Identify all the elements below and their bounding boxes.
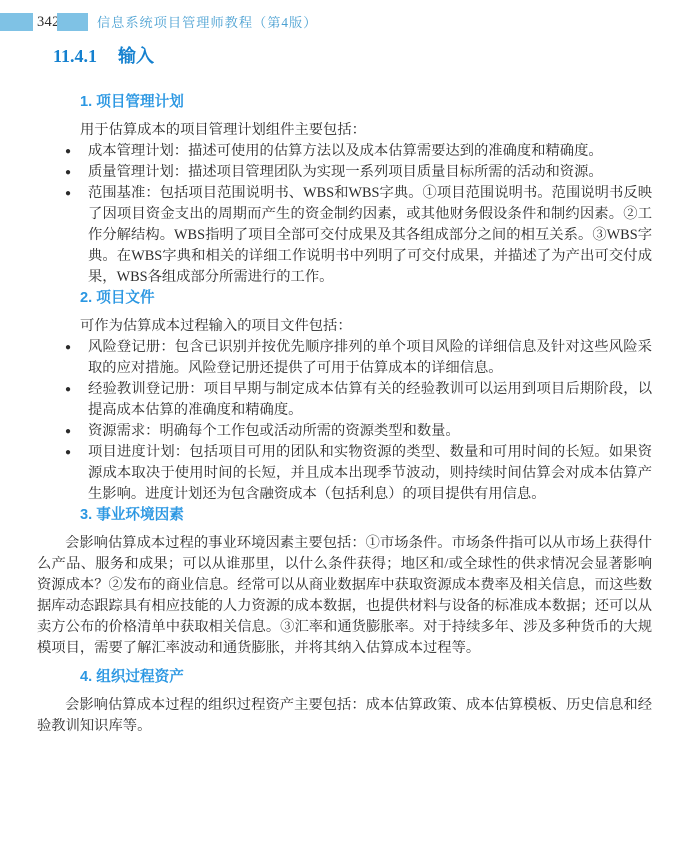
list-item: ● 成本管理计划：描述可使用的估算方法以及成本估算需要达到的准确度和精确度。 — [65, 141, 652, 162]
list-item-text: 范围基准：包括项目范围说明书、WBS和WBS字典。①项目范围说明书。范围说明书反… — [88, 183, 652, 288]
list-item-text: 经验教训登记册：项目早期与制定成本估算有关的经验教训可以运用到项目后期阶段，以提… — [88, 379, 652, 421]
section-title: 输入 — [118, 46, 154, 66]
textbook-page: 342 信息系统项目管理师教程（第4版） 11.4.1输入 1. 项目管理计划 … — [0, 0, 690, 858]
section-number: 11.4.1 — [53, 46, 97, 66]
list-item-text: 风险登记册：包含已识别并按优先顺序排列的单个项目风险的详细信息及针对这些风险采取… — [88, 337, 652, 379]
subsection-paragraph: 会影响估算成本过程的组织过程资产主要包括：成本估算政策、成本估算模板、历史信息和… — [37, 695, 652, 737]
subsection-intro: 用于估算成本的项目管理计划组件主要包括： — [80, 120, 652, 141]
bullet-icon: ● — [65, 162, 88, 183]
running-head: 342 信息系统项目管理师教程（第4版） — [0, 12, 690, 32]
header-right-square-decoration — [57, 13, 88, 31]
bullet-icon: ● — [65, 183, 88, 204]
bullet-icon: ● — [65, 421, 88, 442]
list-item: ● 风险登记册：包含已识别并按优先顺序排列的单个项目风险的详细信息及针对这些风险… — [65, 337, 652, 379]
bullet-list: ● 成本管理计划：描述可使用的估算方法以及成本估算需要达到的准确度和精确度。 ●… — [65, 141, 652, 288]
list-item: ● 经验教训登记册：项目早期与制定成本估算有关的经验教训可以运用到项目后期阶段，… — [65, 379, 652, 421]
page-number: 342 — [37, 12, 57, 32]
subsection-intro: 可作为估算成本过程输入的项目文件包括： — [80, 316, 652, 337]
subsection-paragraph: 会影响估算成本过程的事业环境因素主要包括：①市场条件。市场条件指可以从市场上获得… — [37, 533, 652, 659]
list-item: ● 质量管理计划：描述项目管理团队为实现一系列项目质量目标所需的活动和资源。 — [65, 162, 652, 183]
subsection-heading-project-management-plan: 1. 项目管理计划 — [80, 92, 690, 113]
list-item: ● 项目进度计划：包括项目可用的团队和实物资源的类型、数量和可用时间的长短。如果… — [65, 442, 652, 505]
list-item: ● 范围基准：包括项目范围说明书、WBS和WBS字典。①项目范围说明书。范围说明… — [65, 183, 652, 288]
list-item: ● 资源需求：明确每个工作包或活动所需的资源类型和数量。 — [65, 421, 652, 442]
list-item-text: 项目进度计划：包括项目可用的团队和实物资源的类型、数量和可用时间的长短。如果资源… — [88, 442, 652, 505]
list-item-text: 资源需求：明确每个工作包或活动所需的资源类型和数量。 — [88, 421, 652, 442]
subsection-heading-enterprise-environmental-factors: 3. 事业环境因素 — [80, 505, 690, 526]
bullet-icon: ● — [65, 442, 88, 463]
page-content: 11.4.1输入 1. 项目管理计划 用于估算成本的项目管理计划组件主要包括： … — [0, 45, 690, 737]
subsection-heading-project-documents: 2. 项目文件 — [80, 288, 690, 309]
bullet-icon: ● — [65, 337, 88, 358]
subsection-heading-organizational-process-assets: 4. 组织过程资产 — [80, 667, 690, 688]
header-left-square-decoration — [0, 13, 33, 31]
book-title: 信息系统项目管理师教程（第4版） — [97, 13, 317, 32]
bullet-list: ● 风险登记册：包含已识别并按优先顺序排列的单个项目风险的详细信息及针对这些风险… — [65, 337, 652, 505]
list-item-text: 质量管理计划：描述项目管理团队为实现一系列项目质量目标所需的活动和资源。 — [88, 162, 652, 183]
bullet-icon: ● — [65, 141, 88, 162]
list-item-text: 成本管理计划：描述可使用的估算方法以及成本估算需要达到的准确度和精确度。 — [88, 141, 652, 162]
bullet-icon: ● — [65, 379, 88, 400]
section-heading: 11.4.1输入 — [53, 45, 690, 68]
